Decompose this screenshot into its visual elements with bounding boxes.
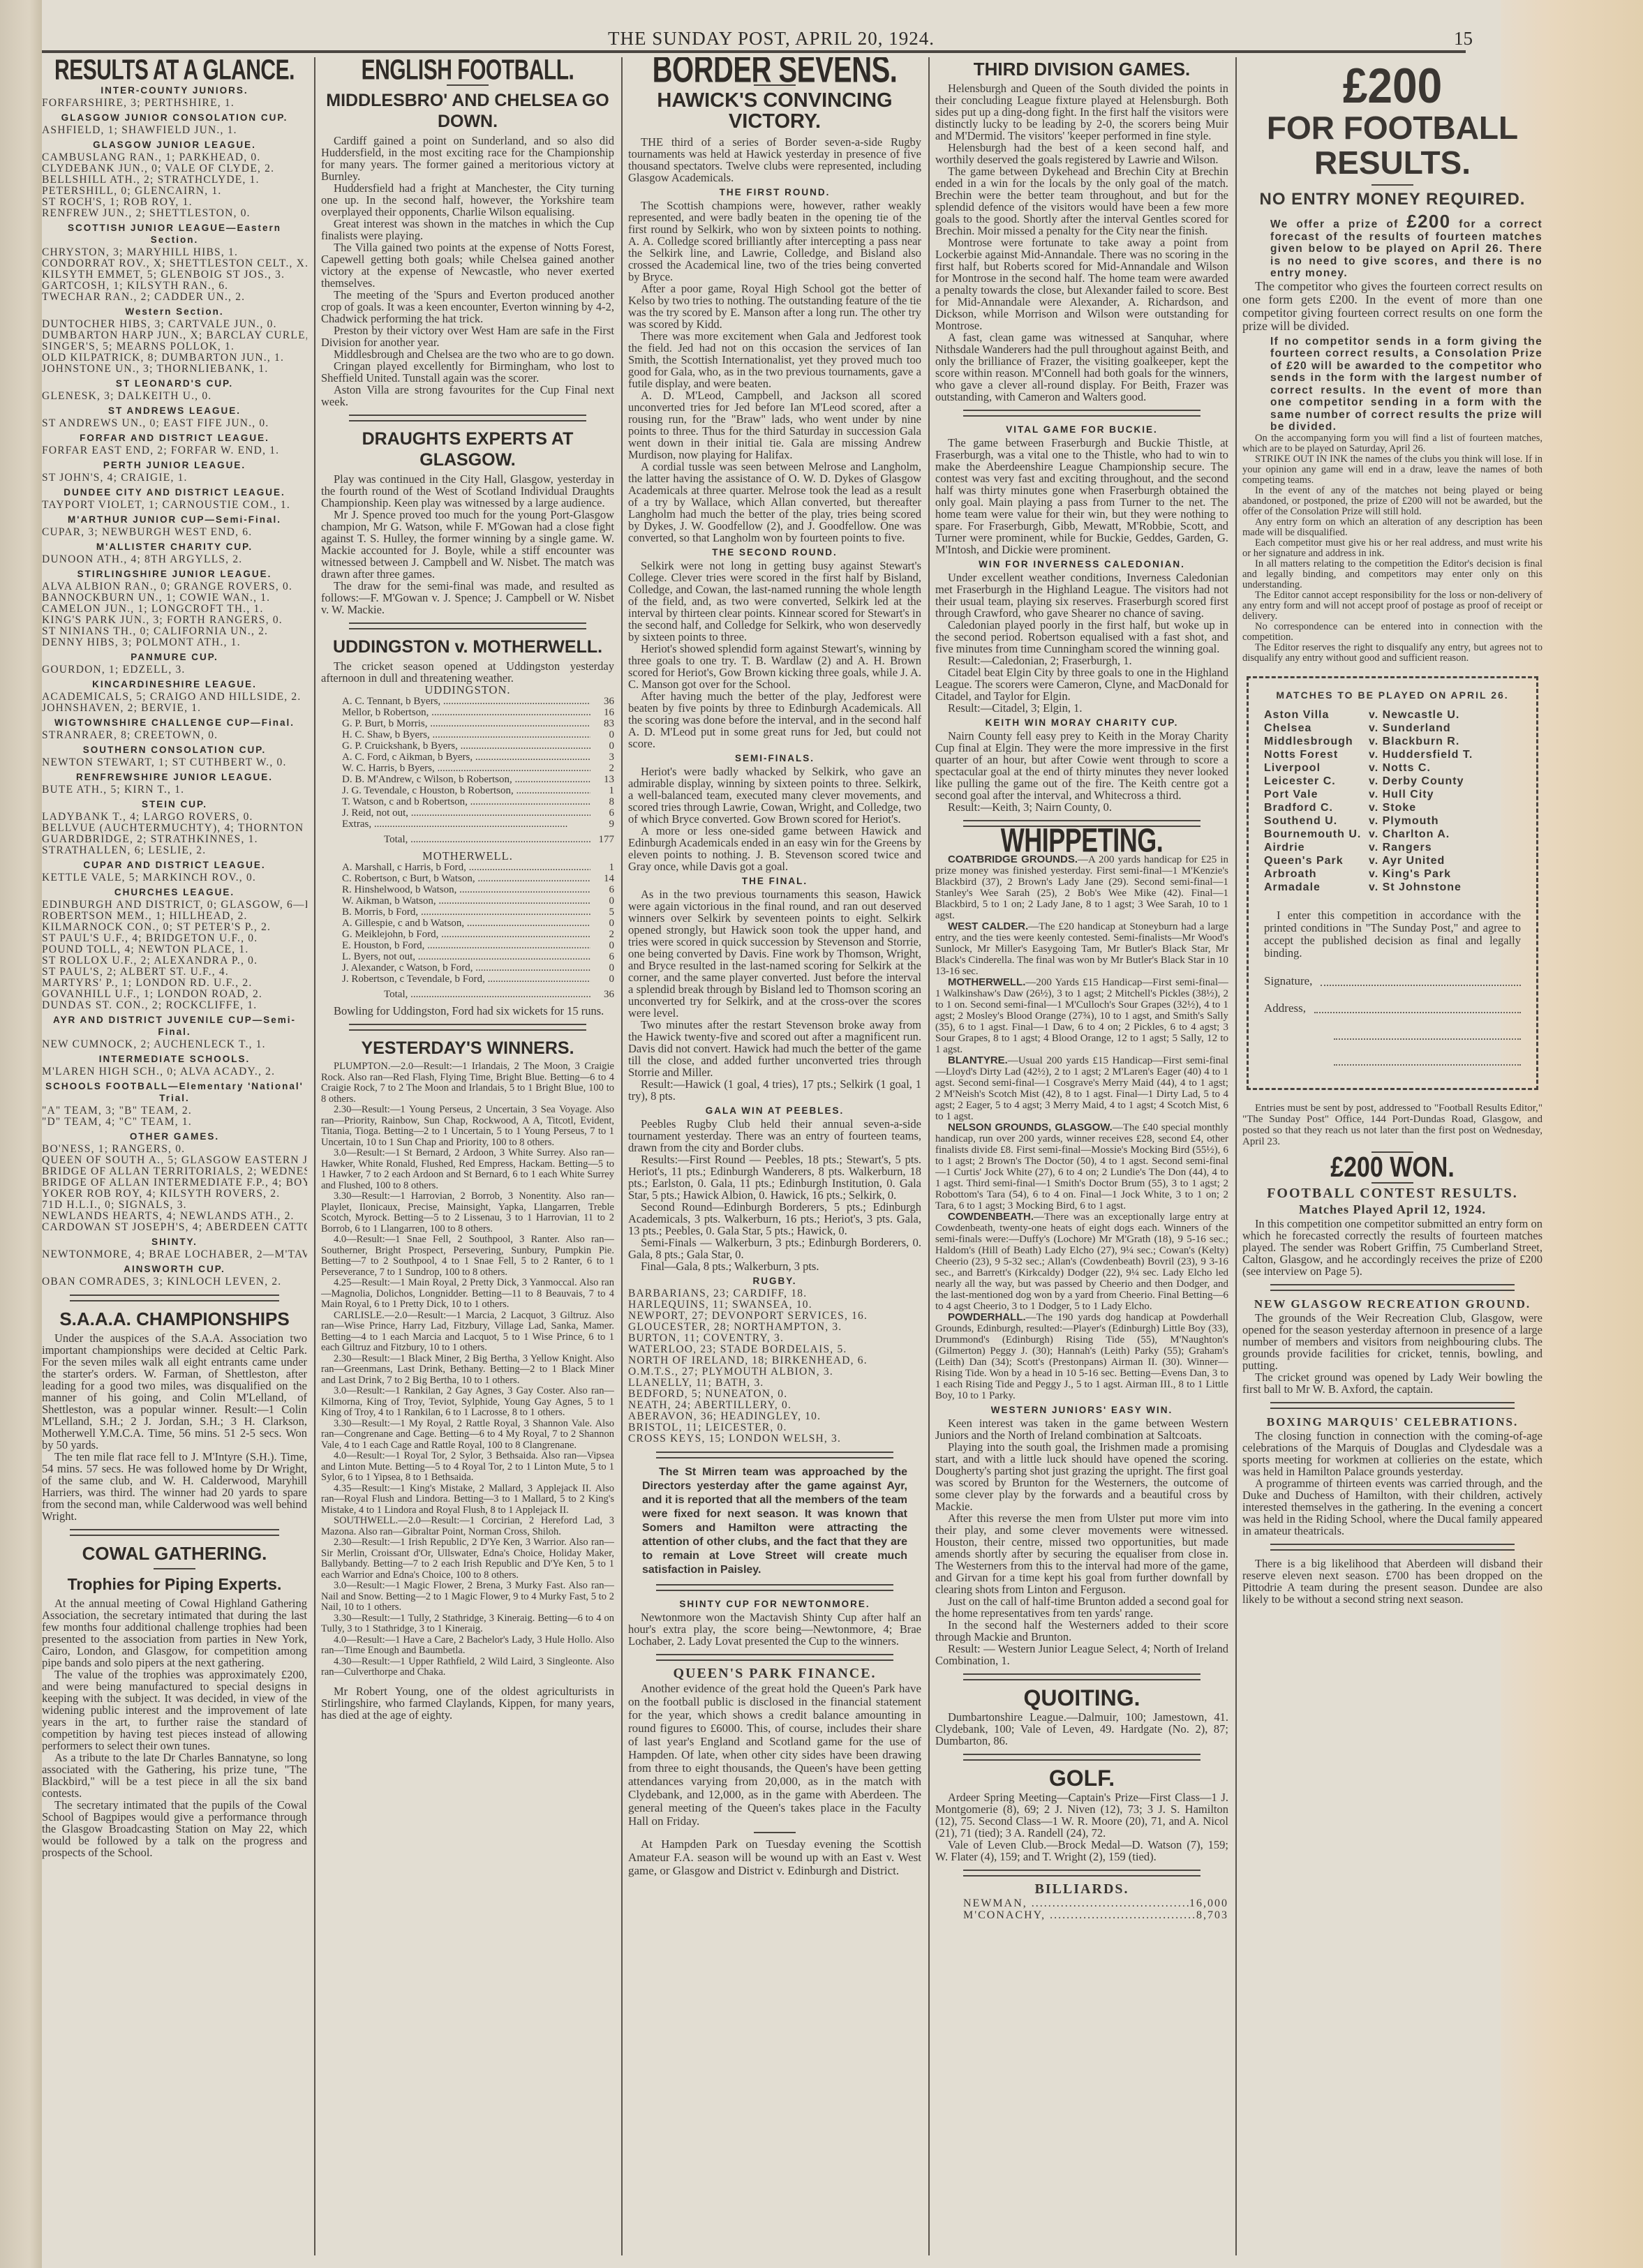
result-line: CROSS KEYS, 15; LONDON WELSH, 3.	[628, 1433, 921, 1445]
paragraph: In the second half the Westerners added …	[935, 1619, 1228, 1643]
away-team[interactable]: v. King's Park	[1369, 867, 1521, 881]
result-line: FORFAR EAST END, 2; FORFAR W. END, 1.	[42, 445, 307, 456]
paragraph: As in the two previous tournaments this …	[628, 888, 921, 1019]
result-line: KILSYTH EMMET, 5; GLENBOIG ST JOS., 3.	[42, 269, 307, 281]
team-name: MOTHERWELL.	[321, 850, 614, 862]
results-group-title: ST ANDREWS LEAGUE.	[42, 405, 307, 417]
shinty-cup-text: Newtonmore won the Mactavish Shinty Cup …	[628, 1611, 921, 1647]
contest-results-heading: FOOTBALL CONTEST RESULTS.	[1242, 1188, 1542, 1200]
result-line: KING'S PARK JUN., 3; FORTH RANGERS, 0.	[42, 615, 307, 626]
whippeting-result: COWDENBEATH.—There was an exceptionally …	[935, 1211, 1228, 1312]
column-english-football: ENGLISH FOOTBALL. MIDDLESBRO' AND CHELSE…	[321, 57, 614, 2262]
result-line: KILMARNOCK CON., 0; ST PETER'S P., 2.	[42, 922, 307, 933]
results-group-title: M'ARTHUR JUNIOR CUP—Semi-Final.	[42, 514, 307, 525]
batsman: G. P. Burt, b Morris,	[342, 718, 590, 729]
paragraph: Heriot's showed splendid form against St…	[628, 643, 921, 690]
entry-coupon: MATCHES TO BE PLAYED ON APRIL 26. Aston …	[1247, 676, 1538, 1090]
batting-row: A. C. Tennant, b Byers,36	[321, 696, 614, 707]
column-rule	[621, 57, 623, 2255]
border-sevens-article: THE FIRST ROUND.The Scottish champions w…	[628, 186, 921, 1272]
venue-name: WEST CALDER.	[948, 920, 1028, 932]
newspaper-page: THE SUNDAY POST, APRIL 20, 1924. 15 RESU…	[42, 0, 1501, 2268]
runs: 0	[590, 918, 614, 929]
away-team[interactable]: v. Ayr United	[1369, 854, 1521, 867]
paragraph: Result:—Keith, 3; Nairn County, 0.	[935, 801, 1228, 813]
section-heading: WIN FOR INVERNESS CALEDONIAN.	[935, 558, 1228, 570]
result-line: ACADEMICALS, 5; CRAIGO AND HILLSIDE, 2.	[42, 692, 307, 703]
border-sevens-intro: THE third of a series of Border seven-a-…	[628, 136, 921, 184]
section-heading: THE SECOND ROUND.	[628, 546, 921, 558]
result-line: DENNY HIBS, 3; POLMONT ATH., 1.	[42, 637, 307, 648]
runs: 0	[590, 962, 614, 973]
result-line: ALVA ALBION RAN., 0; GRANGE ROVERS, 0.	[42, 581, 307, 592]
result-line: BURTON, 11; COVENTRY, 3.	[628, 1333, 921, 1344]
batsman: A. C. Tennant, b Byers,	[342, 696, 590, 707]
home-team[interactable]: Notts Forest	[1264, 748, 1369, 761]
winners-article: PLUMPTON.—2.0—Result:—1 Irlandais, 2 The…	[321, 1061, 614, 1678]
coupon-match[interactable]: Notts Forestv. Huddersfield T.	[1264, 748, 1521, 761]
paragraph: STRIKE OUT IN INK the names of the clubs…	[1242, 454, 1542, 486]
billiards-row: M'CONACHY,8,703	[935, 1909, 1228, 1921]
home-team[interactable]: Armadale	[1264, 881, 1369, 894]
paragraph: 3.30—Result:—1 Tully, 2 Stathridge, 3 Ki…	[321, 1613, 614, 1635]
batsman: E. Houston, b Ford,	[342, 940, 590, 951]
address-line-3[interactable]	[1334, 1064, 1521, 1066]
coupon-match[interactable]: Leicester C.v. Derby County	[1264, 775, 1521, 788]
result-line: "A" TEAM, 3; "B" TEAM, 2.	[42, 1105, 307, 1117]
column-rule	[1235, 57, 1237, 2255]
coupon-match[interactable]: Southend U.v. Plymouth	[1264, 814, 1521, 828]
paragraph: The closing function in connection with …	[1242, 1430, 1542, 1477]
coupon-match[interactable]: Liverpoolv. Notts C.	[1264, 761, 1521, 775]
batting-row: G. Meiklejohn, b Ford,2	[321, 929, 614, 940]
paragraph: 2.30—Result:—1 Black Miner, 2 Big Bertha…	[321, 1354, 614, 1387]
paragraph: In the event of any of the matches not b…	[1242, 486, 1542, 517]
home-team[interactable]: Bradford C.	[1264, 801, 1369, 814]
results-group-title: GLASGOW JUNIOR CONSOLATION CUP.	[42, 112, 307, 124]
venue-name: MOTHERWELL.	[948, 976, 1025, 988]
batting-row: J. Robertson, c Tevendale, b Ford,0	[321, 973, 614, 985]
competition-heading: FOR FOOTBALL RESULTS.	[1242, 110, 1542, 180]
venue-name: POWDERHALL.	[948, 1311, 1026, 1323]
paragraph: 4.30—Result:—1 Upper Rathfield, 2 Wild L…	[321, 1657, 614, 1678]
paragraph: Helensburgh and Queen of the South divid…	[935, 82, 1228, 142]
home-team[interactable]: Airdrie	[1264, 841, 1369, 854]
venue-name: COWDENBEATH.	[948, 1211, 1034, 1223]
address-field[interactable]: Address,	[1264, 1002, 1521, 1014]
match-list: Aston Villav. Newcastle U.Chelseav. Sund…	[1264, 708, 1521, 894]
coupon-match[interactable]: Chelseav. Sunderland	[1264, 722, 1521, 735]
draughts-heading: DRAUGHTS EXPERTS AT GLASGOW.	[321, 428, 614, 470]
home-team[interactable]: Queen's Park	[1264, 854, 1369, 867]
western-juniors-article: Keen interest was taken in the game betw…	[935, 1417, 1228, 1666]
runs: 0	[590, 973, 614, 985]
competition-instructions: On the accompanying form you will find a…	[1242, 433, 1542, 664]
divider	[349, 1024, 586, 1031]
results-group-title: RENFREWSHIRE JUNIOR LEAGUE.	[42, 771, 307, 783]
batsman: D. B. M'Andrew, c Wilson, b Robertson,	[342, 774, 590, 785]
paragraph: Helensburgh had the best of a keen secon…	[935, 142, 1228, 165]
whippeting-result: WEST CALDER.—The £20 handicap at Stoneyb…	[935, 921, 1228, 977]
signature-field[interactable]: Signature,	[1264, 975, 1521, 987]
paragraph: 3.30—Result:—1 Harrovian, 2 Borrob, 3 No…	[321, 1191, 614, 1234]
total-row: Total,177	[321, 834, 614, 846]
results-group-title: M'ALLISTER CHARITY CUP.	[42, 541, 307, 553]
result-line: BELLVUE (Auchtermuchty), 4; THORNTON RAN…	[42, 823, 307, 834]
result-line: YOKER ROB ROY, 4; KILSYTH ROVERS, 2.	[42, 1188, 307, 1200]
batting-row: A. Gillespie, c and b Watson,0	[321, 918, 614, 929]
batsman: C. Robertson, c Burt, b Watson,	[342, 873, 590, 884]
home-team[interactable]: Port Vale	[1264, 788, 1369, 801]
batsman: R. Hinshelwood, b Watson,	[342, 884, 590, 895]
venue-name: BLANTYRE.	[948, 1054, 1008, 1066]
home-team[interactable]: Southend U.	[1264, 814, 1369, 828]
results-group-title: SCOTTISH JUNIOR LEAGUE—Eastern Section.	[42, 222, 307, 246]
paragraph: Play was continued in the City Hall, Gla…	[321, 473, 614, 509]
paragraph: Citadel beat Elgin City by three goals t…	[935, 666, 1228, 702]
result-line: GLOUCESTER, 28; NORTHAMPTON, 3.	[628, 1322, 921, 1333]
away-team[interactable]: v. Blackburn R.	[1369, 735, 1521, 748]
away-team[interactable]: v. Hull City	[1369, 788, 1521, 801]
coupon-match[interactable]: Aston Villav. Newcastle U.	[1264, 708, 1521, 722]
consolation-prize-text: If no competitor sends in a form giving …	[1242, 336, 1542, 433]
paragraph: There was more excitement when Gala and …	[628, 330, 921, 389]
batting-row: C. Robertson, c Burt, b Watson,14	[321, 873, 614, 884]
paragraph: Montrose were fortunate to take away a p…	[935, 237, 1228, 331]
coupon-match[interactable]: Airdriev. Rangers	[1264, 841, 1521, 854]
batsman: B. Morris, b Ford,	[342, 907, 590, 918]
divider	[1270, 1284, 1515, 1291]
paragraph: Playing into the south goal, the Irishme…	[935, 1441, 1228, 1512]
result-line: CAMELON JUN., 1; LONGCROFT TH., 1.	[42, 604, 307, 615]
offer-text: We offer a prize of	[1270, 218, 1399, 230]
saaa-article: Under the auspices of the S.A.A. Associa…	[42, 1332, 307, 1522]
result-line: ST JOHN'S, 4; CRAIGIE, 1.	[42, 472, 307, 484]
border-sevens-heading: BORDER SEVENS.	[628, 62, 921, 78]
batting-row: J. Alexander, c Watson, b Ford,0	[321, 962, 614, 973]
home-team[interactable]: Leicester C.	[1264, 775, 1369, 788]
paragraph: Result:—Citadel, 3; Elgin, 1.	[935, 702, 1228, 714]
batsman: G. Meiklejohn, b Ford,	[342, 929, 590, 940]
home-team[interactable]: Arbroath	[1264, 867, 1369, 881]
paragraph: Peebles Rugby Club held their annual sev…	[628, 1118, 921, 1154]
results-group-title: INTERMEDIATE SCHOOLS.	[42, 1053, 307, 1065]
paragraph: 2.30—Result:—1 Young Perseus, 2 Uncertai…	[321, 1105, 614, 1148]
coupon-match[interactable]: Port Valev. Hull City	[1264, 788, 1521, 801]
paragraph: A programme of thirteen events was carri…	[1242, 1477, 1542, 1537]
paragraph: CARLISLE.—2.0—Result:—1 Marcia, 2 Lacquo…	[321, 1311, 614, 1354]
paragraph: Any entry form on which an alteration of…	[1242, 517, 1542, 538]
results-group-title: PERTH JUNIOR LEAGUE.	[42, 459, 307, 471]
runs: 5	[590, 907, 614, 918]
results-group-title: DUNDEE CITY AND DISTRICT LEAGUE.	[42, 486, 307, 498]
result-line: NEWTONMORE, 4; BRAE LOCHABER, 2—M'Tavish…	[42, 1249, 307, 1260]
runs: 1	[590, 862, 614, 873]
paragraph: A fast, clean game was witnessed at Sanq…	[935, 331, 1228, 403]
paragraph: 3.0—Result:—1 St Bernard, 2 Ardoon, 3 Wh…	[321, 1148, 614, 1191]
result-line: KETTLE VALE, 5; MARKINCH ROV., 0.	[42, 872, 307, 883]
away-team[interactable]: v. Plymouth	[1369, 814, 1521, 828]
page-number: 15	[1454, 28, 1473, 50]
paragraph: Caledonian played poorly in the first ha…	[935, 619, 1228, 655]
result-line: NEWPORT, 27; DEVONPORT SERVICES, 16.	[628, 1311, 921, 1322]
home-team[interactable]: Chelsea	[1264, 722, 1369, 735]
results-group-title: OTHER GAMES.	[42, 1131, 307, 1142]
paragraph: Aston Villa are strong favourites for th…	[321, 384, 614, 408]
whippeting-heading: WHIPPETING.	[935, 832, 1228, 848]
result-line: CAMBUSLANG RAN., 1; PARKHEAD, 0.	[42, 152, 307, 163]
recreation-article: The grounds of the Weir Recreation Club,…	[1242, 1312, 1542, 1395]
venue-name: NELSON GROUNDS, GLASGOW.	[948, 1121, 1113, 1133]
result-line: DUNOON ATH., 4; 8th ARGYLLS, 2.	[42, 554, 307, 565]
paragraph: The Scottish champions were, however, ra…	[628, 200, 921, 283]
quoiting-heading: QUOITING.	[935, 1687, 1228, 1708]
result-line: NEW CUMNOCK, 2; AUCHENLECK T., 1.	[42, 1039, 307, 1050]
western-juniors-heading: WESTERN JUNIORS' EASY WIN.	[935, 1404, 1228, 1416]
result-line: NEWTON STEWART, 1; ST CUTHBERT W., 0.	[42, 757, 307, 768]
border-sevens-subheading: HAWICK'S CONVINCING VICTORY.	[628, 90, 921, 132]
paragraph: At the annual meeting of Cowal Highland …	[42, 1597, 307, 1669]
results-group-title: Western Section.	[42, 306, 307, 318]
divider	[1371, 184, 1413, 186]
section-heading: SEMI-FINALS.	[628, 752, 921, 764]
batsman: J. Reid, not out,	[342, 807, 590, 819]
divider	[656, 1584, 893, 1591]
batting-row: Extras,9	[321, 819, 614, 830]
competition-rules: The competitor who gives the fourteen co…	[1242, 280, 1542, 333]
divider	[963, 1673, 1200, 1680]
section-heading: THE FIRST ROUND.	[628, 186, 921, 198]
address-line-2[interactable]	[1334, 1038, 1521, 1040]
batsman: A. Gillespie, c and b Watson,	[342, 918, 590, 929]
results-groups: INTER-COUNTY JUNIORS.FORFARSHIRE, 3; PER…	[42, 84, 307, 1288]
runs: 13	[590, 774, 614, 785]
result-line: M'LAREN HIGH SCH., 0; ALVA ACADY., 2.	[42, 1066, 307, 1077]
result-line: BANNOCKBURN UN., 1; COWIE WAN., 1.	[42, 592, 307, 604]
paragraph: Under excellent weather conditions, Inve…	[935, 572, 1228, 619]
result-line: ROBERTSON MEM., 1; HILLHEAD, 2.	[42, 911, 307, 922]
batting-row: W. Aikman, b Watson,0	[321, 895, 614, 907]
result-line: JOHNSHAVEN, 2; BERVIE, 1.	[42, 703, 307, 714]
away-team[interactable]: v. Derby County	[1369, 775, 1521, 788]
total-runs: 36	[590, 989, 614, 1001]
batting-row: L. Byers, not out,6	[321, 951, 614, 962]
whippeting-result: COATBRIDGE GROUNDS.—A 200 yards handicap…	[935, 854, 1228, 921]
address-label: Address,	[1264, 1002, 1306, 1014]
paragraph: Mr J. Spence proved too much for the you…	[321, 509, 614, 580]
section-heading: KEITH WIN MORAY CHARITY CUP.	[935, 717, 1228, 729]
batsman: W. C. Harris, b Byers,	[342, 763, 590, 774]
column-third-division: THIRD DIVISION GAMES. Helensburgh and Qu…	[935, 57, 1228, 2262]
paragraph: Two minutes after the restart Stevenson …	[628, 1019, 921, 1078]
result-line: BRIDGE OF ALLAN INTERMEDIATE F.P., 4; BO…	[42, 1177, 307, 1188]
aberdeen-notice: There is a big likelihood that Aberdeen …	[1242, 1558, 1542, 1605]
divider	[754, 1832, 796, 1833]
runs: 6	[590, 884, 614, 895]
runs: 0	[590, 729, 614, 740]
whippeting-result: NELSON GROUNDS, GLASGOW.—The £40 special…	[935, 1122, 1228, 1211]
draughts-article: Play was continued in the City Hall, Gla…	[321, 473, 614, 616]
paragraph: Semi-Finals — Walkerburn, 3 pts.; Edinbu…	[628, 1237, 921, 1260]
scottish-football-notes: VITAL GAME FOR BUCKIE.The game between F…	[935, 410, 1228, 813]
paragraph: The Editor reserves the right to disqual…	[1242, 643, 1542, 664]
entries-note: Entries must be sent by post, addressed …	[1242, 1103, 1542, 1147]
result-line: TAYPORT VIOLET, 1; CARNOUSTIE COM., 1.	[42, 500, 307, 511]
coupon-match[interactable]: Armadalev. St Johnstone	[1264, 881, 1521, 894]
queens-park-heading: QUEEN'S PARK FINANCE.	[628, 1668, 921, 1680]
recreation-heading: NEW GLASGOW RECREATION GROUND.	[1242, 1298, 1542, 1310]
divider	[963, 1870, 1200, 1877]
runs: 9	[590, 819, 614, 830]
signature-label: Signature,	[1264, 975, 1312, 987]
paragraph: 3.30—Result:—1 My Royal, 2 Rattle Royal,…	[321, 1419, 614, 1452]
batting-row: D. B. M'Andrew, c Wilson, b Robertson,13	[321, 774, 614, 785]
paragraph: Result:—Caledonian, 2; Fraserburgh, 1.	[935, 655, 1228, 666]
results-group-title: STEIN CUP.	[42, 798, 307, 810]
paragraph: As a tribute to the late Dr Charles Bann…	[42, 1752, 307, 1799]
runs: 14	[590, 873, 614, 884]
runs: 2	[590, 763, 614, 774]
results-group-title: SOUTHERN CONSOLATION CUP.	[42, 744, 307, 756]
divider	[656, 1452, 893, 1458]
away-team[interactable]: v. Notts C.	[1369, 761, 1521, 775]
player: M'CONACHY,	[963, 1909, 1196, 1921]
batting-row: E. Houston, b Ford,0	[321, 940, 614, 951]
paragraph: No correspondence can be entered into in…	[1242, 622, 1542, 643]
paragraph: SOUTHWELL.—2.0—Result:—1 Corcirian, 2 He…	[321, 1516, 614, 1537]
batting-row: R. Hinshelwood, b Watson,6	[321, 884, 614, 895]
result-line: ST PAUL'S U.F., 4; BRIDGETON U.F., 0.	[42, 933, 307, 944]
column-rule	[928, 57, 930, 2255]
result-line: BARBARIANS, 23; CARDIFF, 18.	[628, 1288, 921, 1299]
address-line[interactable]	[1314, 1002, 1521, 1013]
away-team[interactable]: v. Charlton A.	[1369, 828, 1521, 841]
coupon-match[interactable]: Bournemouth U.v. Charlton A.	[1264, 828, 1521, 841]
paragraph: Huddersfield had a fright at Manchester,…	[321, 182, 614, 218]
paragraph: Result:—Hawick (1 goal, 4 tries), 17 pts…	[628, 1078, 921, 1102]
paragraph: Final—Gala, 8 pts.; Walkerburn, 3 pts.	[628, 1260, 921, 1272]
paragraph: Each competitor must give his or her rea…	[1242, 538, 1542, 559]
quoiting-text: Dumbartonshire League.—Dalmuir, 100; Jam…	[935, 1711, 1228, 1747]
cricket-footer: Bowling for Uddingston, Ford had six wic…	[321, 1005, 614, 1017]
result-line: O.M.T.S., 27; PLYMOUTH ALBION, 3.	[628, 1366, 921, 1378]
results-group-title: SHINTY.	[42, 1236, 307, 1248]
result-line: NORTH OF IRELAND, 18; BIRKENHEAD, 6.	[628, 1355, 921, 1366]
result-line: NEWLANDS HEARTS, 4; NEWLANDS ATH., 2.	[42, 1211, 307, 1222]
batting-row: G. P. Burt, b Morris,83	[321, 718, 614, 729]
result-line: STRATHALLEN, 6; LESLIE, 2.	[42, 845, 307, 856]
coupon-match[interactable]: Middlesbroughv. Blackburn R.	[1264, 735, 1521, 748]
batting-row: A. Marshall, c Harris, b Ford,1	[321, 862, 614, 873]
result-line: BRISTOL, 11; LEICESTER, 0.	[628, 1422, 921, 1433]
third-division-heading: THIRD DIVISION GAMES.	[935, 59, 1228, 80]
runs: 0	[590, 895, 614, 907]
result-line: BRIDGE OF ALLAN TERRITORIALS, 2; WEDNESD…	[42, 1166, 307, 1177]
runs: 8	[590, 796, 614, 807]
paragraph: After this reverse the men from Ulster p…	[935, 1512, 1228, 1595]
paragraph: Results:—First Round — Peebles, 18 pts.;…	[628, 1154, 921, 1201]
paragraph: The game between Fraserburgh and Buckie …	[935, 437, 1228, 555]
batsman: A. Marshall, c Harris, b Ford,	[342, 862, 590, 873]
hampden-notice: At Hampden Park on Tuesday evening the S…	[628, 1837, 921, 1877]
away-team[interactable]: v. Rangers	[1369, 841, 1521, 854]
away-team[interactable]: v. Newcastle U.	[1369, 708, 1521, 722]
saaa-heading: S.A.A.A. CHAMPIONSHIPS	[42, 1308, 307, 1329]
contest-winner-text: In this competition one competitor submi…	[1242, 1218, 1542, 1277]
coupon-match[interactable]: Bradford C.v. Stoke	[1264, 801, 1521, 814]
result-line: DUNDAS ST. CON., 2; ROCKCLIFFE, 1.	[42, 1000, 307, 1011]
coupon-match[interactable]: Arbroathv. King's Park	[1264, 867, 1521, 881]
batting-row: B. Morris, b Ford,5	[321, 907, 614, 918]
result-line: GOVANHILL U.F., 1; LONDON ROAD, 2.	[42, 989, 307, 1000]
results-group-title: PANMURE CUP.	[42, 651, 307, 663]
divider	[70, 1295, 279, 1301]
runs: 6	[590, 807, 614, 819]
home-team[interactable]: Middlesbrough	[1264, 735, 1369, 748]
result-line: HARLEQUINS, 11; SWANSEA, 10.	[628, 1299, 921, 1311]
runs: 16	[590, 707, 614, 718]
divider	[963, 1754, 1200, 1761]
result-line: LADYBANK T., 4; LARGO ROVERS, 0.	[42, 812, 307, 823]
paragraph: 2.30—Result:—1 Irish Republic, 2 D'Ye Ke…	[321, 1537, 614, 1581]
away-team[interactable]: v. St Johnstone	[1369, 881, 1521, 894]
cricket-heading: UDDINGSTON v. MOTHERWELL.	[321, 636, 614, 657]
whippeting-result: MOTHERWELL.—200 Yards £15 Handicap—First…	[935, 977, 1228, 1055]
divider	[963, 410, 1200, 417]
batsman: L. Byers, not out,	[342, 951, 590, 962]
home-team[interactable]: Aston Villa	[1264, 708, 1369, 722]
paragraph: After a poor game, Royal High School got…	[628, 283, 921, 330]
paragraph: The Editor cannot accept responsibility …	[1242, 590, 1542, 622]
signature-line[interactable]	[1321, 975, 1521, 986]
results-group-title: CUPAR AND DISTRICT LEAGUE.	[42, 859, 307, 871]
column-results-at-a-glance: RESULTS AT A GLANCE. INTER-COUNTY JUNIOR…	[42, 57, 307, 2262]
total-row: Total,36	[321, 989, 614, 1001]
masthead-rule	[42, 50, 1466, 53]
result-line: CLYDEBANK JUN., 0; VALE OF CLYDE, 2.	[42, 163, 307, 174]
result-line: ABERAVON, 36; HEADINGLEY, 10.	[628, 1411, 921, 1422]
result-line: DUNTOCHER HIBS, 3; CARTVALE JUN., 0.	[42, 319, 307, 330]
batsman: G. P. Cruickshank, b Byers,	[342, 740, 590, 752]
batsman: Mellor, b Robertson,	[342, 707, 590, 718]
divider	[1270, 1402, 1515, 1409]
offer-amount: £200	[1406, 211, 1450, 232]
queens-park-text: Another evidence of the great hold the Q…	[628, 1682, 921, 1828]
away-team[interactable]: v. Huddersfield T.	[1369, 748, 1521, 761]
home-team[interactable]: Bournemouth U.	[1264, 828, 1369, 841]
total-runs: 177	[590, 834, 614, 846]
result-line: OLD KILPATRICK, 8; DUMBARTON JUN., 1.	[42, 352, 307, 364]
paragraph: A cordial tussle was seen between Melros…	[628, 461, 921, 544]
away-team[interactable]: v. Sunderland	[1369, 722, 1521, 735]
batsman: J. G. Tevendale, c Houston, b Robertson,	[342, 785, 590, 796]
home-team[interactable]: Liverpool	[1264, 761, 1369, 775]
paragraph: The ten mile flat race fell to J. M'Inty…	[42, 1451, 307, 1522]
coupon-title: MATCHES TO BE PLAYED ON APRIL 26.	[1264, 689, 1521, 701]
result-line: STRANRAER, 8; CREETOWN, 0.	[42, 730, 307, 741]
paragraph: PLUMPTON.—2.0—Result:—1 Irlandais, 2 The…	[321, 1061, 614, 1105]
away-team[interactable]: v. Stoke	[1369, 801, 1521, 814]
result-line: BEDFORD, 5; NUNEATON, 0.	[628, 1389, 921, 1400]
paragraph: Second Round—Edinburgh Borderers, 5 pts.…	[628, 1201, 921, 1237]
whippeting-result: BLANTYRE.—Usual 200 yards £15 Handicap—F…	[935, 1055, 1228, 1122]
runs: 36	[590, 696, 614, 707]
coupon-match[interactable]: Queen's Parkv. Ayr United	[1264, 854, 1521, 867]
boxing-heading: BOXING MARQUIS' CELEBRATIONS.	[1242, 1416, 1542, 1428]
results-group-title: AINSWORTH CUP.	[42, 1263, 307, 1275]
results-group-title: SCHOOLS FOOTBALL—Elementary 'National' T…	[42, 1080, 307, 1104]
result-line: POUND TOLL, 4; NEWTON PLACE, 1.	[42, 944, 307, 955]
